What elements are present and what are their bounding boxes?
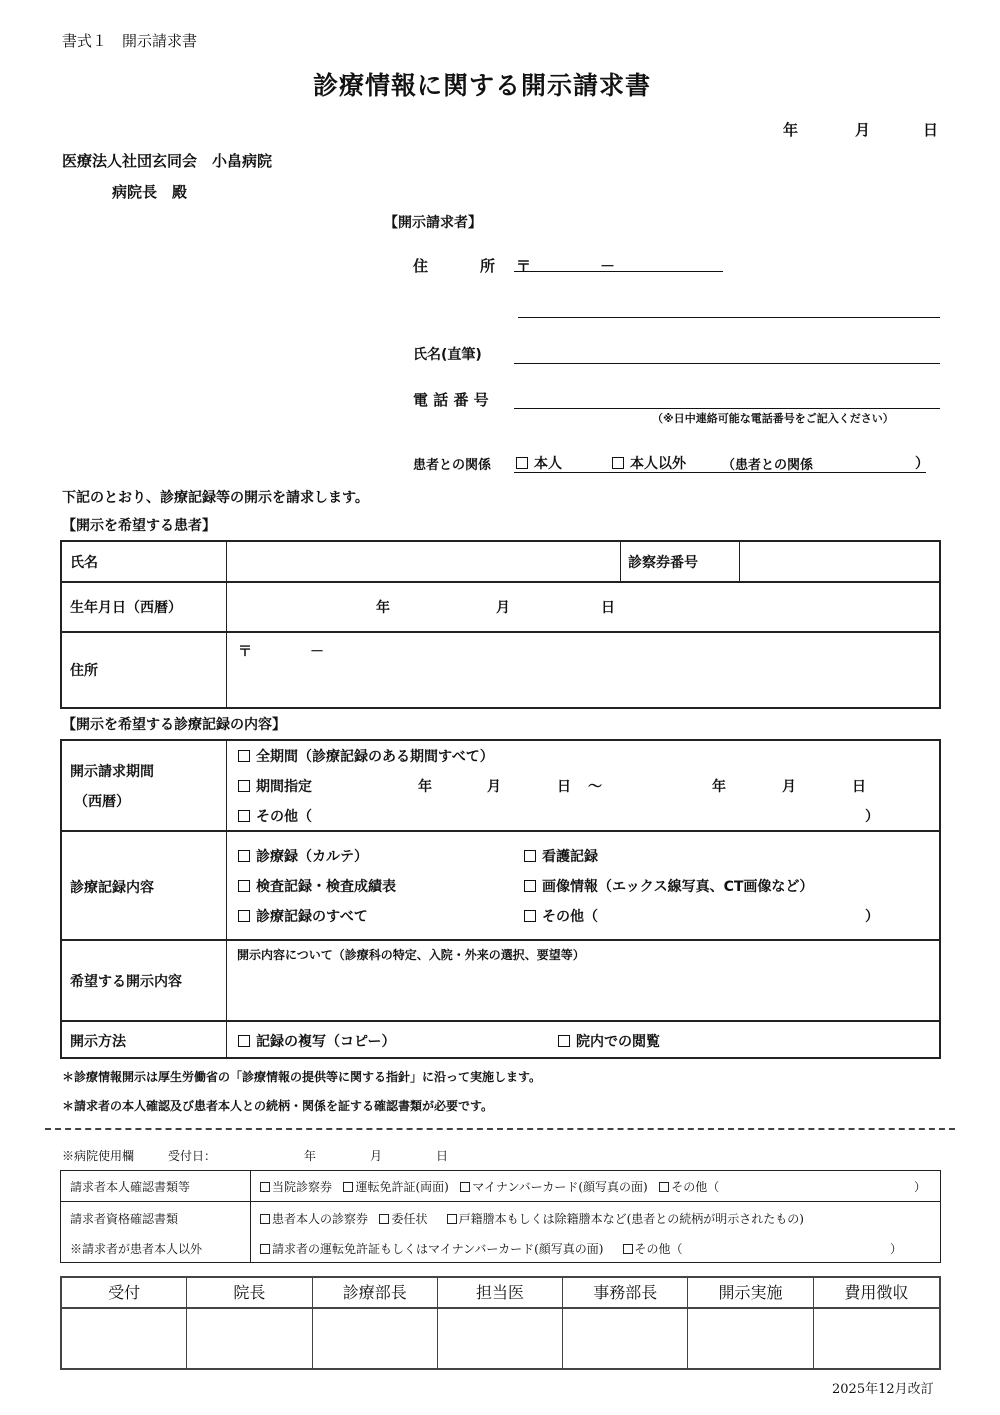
page-title: 診療情報に関する開示請求書: [313, 66, 651, 102]
relation-other-detail: （患者との関係: [722, 454, 813, 473]
revision-note: 2025年12月改訂: [832, 1378, 934, 1397]
name-label: 氏名(直筆): [413, 344, 482, 364]
qual-doc-family-register[interactable]: 戸籍謄本もしくは除籍謄本など(患者との続柄が明示されたもの): [447, 1212, 804, 1226]
stamp-cell-director[interactable]: [187, 1309, 312, 1368]
checkbox-icon[interactable]: [238, 810, 250, 822]
period-from-year: 年: [418, 776, 432, 796]
period-label-western: （西暦）: [74, 791, 130, 811]
stamp-cell-fee[interactable]: [814, 1309, 939, 1368]
stamp-cell-disclosure[interactable]: [688, 1309, 813, 1368]
period-to-day: 日: [852, 776, 866, 796]
patient-name-field[interactable]: [230, 544, 616, 578]
checkbox-icon[interactable]: [238, 880, 250, 892]
approval-header-doctor: 担当医: [438, 1278, 563, 1309]
date-month-label: 月: [855, 119, 870, 140]
checkbox-icon[interactable]: [524, 850, 536, 862]
id-docs-close: ）: [914, 1178, 926, 1195]
requester-phone-field[interactable]: [514, 408, 940, 409]
patient-address-label: 住所: [70, 660, 98, 680]
checkbox-icon[interactable]: [558, 1035, 570, 1047]
received-date-label: 受付日：: [168, 1147, 216, 1164]
stamp-cell-doctor[interactable]: [438, 1309, 563, 1368]
patient-name-label: 氏名: [70, 552, 98, 572]
relation-close-paren: ）: [915, 453, 929, 473]
request-statement: 下記のとおり、診療記録等の開示を請求します。: [62, 487, 369, 507]
birth-day-label: 日: [601, 597, 615, 617]
patient-section-label: 【開示を希望する患者】: [62, 515, 216, 535]
qual-doc-other[interactable]: その他（: [623, 1242, 683, 1256]
checkbox-icon[interactable]: [460, 1182, 470, 1192]
period-other-close: ）: [865, 806, 879, 826]
relation-label: 患者との関係: [413, 454, 491, 473]
checkbox-icon[interactable]: [238, 910, 250, 922]
received-day: 日: [436, 1147, 448, 1164]
id-doc-my-number-card[interactable]: マイナンバーカード(顔写真の面): [460, 1180, 647, 1194]
checkbox-icon[interactable]: [524, 880, 536, 892]
period-specified-option[interactable]: 期間指定: [238, 776, 312, 796]
period-label: 開示請求期間: [70, 761, 154, 781]
checkbox-icon[interactable]: [238, 850, 250, 862]
qual-docs-row2: 請求者の運転免許証もしくはマイナンバーカード(顔写真の面) その他（: [260, 1240, 683, 1257]
address-label-2: 所: [480, 255, 495, 276]
checkbox-icon[interactable]: [659, 1182, 669, 1192]
id-docs-label: 請求者本人確認書類等: [70, 1178, 190, 1195]
stamp-cell-medical-head[interactable]: [313, 1309, 438, 1368]
period-from-month: 月: [487, 776, 501, 796]
card-number-field[interactable]: [743, 544, 937, 578]
card-number-label: 診察券番号: [628, 552, 698, 572]
qual-docs-sublabel: ※請求者が患者本人以外: [70, 1240, 202, 1257]
content-option-nursing[interactable]: 看護記録: [524, 846, 598, 866]
qual-doc-requester-id[interactable]: 請求者の運転免許証もしくはマイナンバーカード(顔写真の面): [260, 1242, 603, 1256]
content-option-imaging[interactable]: 画像情報（エックス線写真、CT画像など）: [524, 876, 813, 896]
relation-field[interactable]: [514, 472, 926, 473]
id-doc-hospital-card[interactable]: 当院診察券: [260, 1180, 332, 1194]
qual-docs-close: ）: [890, 1240, 902, 1257]
content-other-close: ）: [865, 906, 879, 926]
qual-doc-power-of-attorney[interactable]: 委任状: [379, 1212, 427, 1226]
relation-other-option[interactable]: 本人以外: [612, 453, 686, 473]
qual-doc-patient-card[interactable]: 患者本人の診察券: [260, 1212, 368, 1226]
cut-line: [45, 1128, 955, 1130]
id-doc-other[interactable]: その他（: [659, 1180, 719, 1194]
checkbox-icon[interactable]: [238, 780, 250, 792]
checkbox-icon[interactable]: [260, 1214, 270, 1224]
checkbox-icon[interactable]: [343, 1182, 353, 1192]
checkbox-icon[interactable]: [612, 457, 624, 469]
records-section-label: 【開示を希望する診療記録の内容】: [62, 714, 286, 734]
id-docs-options: 当院診察券 運転免許証(両面) マイナンバーカード(顔写真の面) その他（: [260, 1178, 719, 1195]
form-number: 書式１ 開示請求書: [62, 30, 197, 51]
checkbox-icon[interactable]: [238, 1035, 250, 1047]
stamp-cell-reception[interactable]: [62, 1309, 187, 1368]
received-year: 年: [304, 1147, 316, 1164]
received-month: 月: [370, 1147, 382, 1164]
address-label-1: 住: [413, 255, 428, 276]
method-label: 開示方法: [70, 1031, 126, 1051]
postal-mark: 〒: [516, 255, 531, 276]
phone-note: （※日中連絡可能な電話番号をご記入ください）: [652, 410, 894, 426]
relation-self-option[interactable]: 本人: [516, 453, 562, 473]
checkbox-icon[interactable]: [260, 1244, 270, 1254]
requester-postal-field[interactable]: [514, 271, 723, 272]
stamp-cell-admin-head[interactable]: [563, 1309, 688, 1368]
checkbox-icon[interactable]: [623, 1244, 633, 1254]
qual-docs-label: 請求者資格確認書類: [70, 1210, 178, 1227]
approval-header-medical-head: 診療部長: [313, 1278, 438, 1309]
checkbox-icon[interactable]: [238, 750, 250, 762]
checkbox-icon[interactable]: [516, 457, 528, 469]
addressee-title: 病院長 殿: [112, 181, 187, 202]
desired-content-field[interactable]: [230, 966, 936, 1016]
phone-label: 電 話 番 号: [413, 389, 489, 410]
approval-header-disclosure: 開示実施: [688, 1278, 813, 1309]
approval-stamp-table: 受付 院長 診療部長 担当医 事務部長 開示実施 費用徴収: [60, 1276, 941, 1370]
hospital-use-label: ※病院使用欄: [62, 1147, 134, 1164]
postal-dash: －: [600, 255, 615, 276]
content-option-tests[interactable]: 検査記録・検査成績表: [238, 876, 396, 896]
period-other-option[interactable]: その他（: [238, 806, 312, 826]
checkbox-icon[interactable]: [379, 1214, 389, 1224]
content-option-other[interactable]: その他（: [524, 906, 598, 926]
checkbox-icon[interactable]: [447, 1214, 457, 1224]
period-from-day: 日: [557, 776, 571, 796]
approval-header-reception: 受付: [62, 1278, 187, 1309]
date-day-label: 日: [923, 119, 938, 140]
content-option-all[interactable]: 診療記録のすべて: [238, 906, 368, 926]
period-to-month: 月: [782, 776, 796, 796]
period-tilde: ～: [588, 776, 602, 796]
desired-content-label: 希望する開示内容: [70, 971, 182, 991]
note-id-required: ＊請求者の本人確認及び患者本人との続柄・関係を証する確認書類が必要です。: [62, 1097, 493, 1114]
birth-year-label: 年: [376, 597, 390, 617]
checkbox-icon[interactable]: [524, 910, 536, 922]
approval-header-admin-head: 事務部長: [563, 1278, 688, 1309]
content-option-chart[interactable]: 診療録（カルテ）: [238, 846, 368, 866]
requester-section-label: 【開示請求者】: [384, 212, 482, 232]
date-year-label: 年: [783, 119, 798, 140]
note-guideline: ＊診療情報開示は厚生労働省の「診療情報の提供等に関する指針」に沿って実施します。: [62, 1068, 541, 1085]
birth-date-label: 生年月日（西暦）: [70, 597, 182, 617]
checkbox-icon[interactable]: [260, 1182, 270, 1192]
content-label: 診療記録内容: [70, 877, 154, 897]
id-doc-drivers-license[interactable]: 運転免許証(両面): [343, 1180, 448, 1194]
patient-address-field[interactable]: [230, 636, 936, 704]
birth-month-label: 月: [496, 597, 510, 617]
method-view-option[interactable]: 院内での閲覧: [558, 1031, 660, 1051]
desired-content-note: 開示内容について（診療科の特定、入院・外来の選択、要望等）: [237, 946, 585, 963]
period-all-option[interactable]: 全期間（診療記録のある期間すべて）: [238, 746, 494, 766]
requester-address-field[interactable]: [518, 317, 940, 318]
approval-header-fee: 費用徴収: [814, 1278, 939, 1309]
qual-docs-row1: 患者本人の診察券 委任状 戸籍謄本もしくは除籍謄本など(患者との続柄が明示された…: [260, 1210, 804, 1227]
period-to-year: 年: [712, 776, 726, 796]
addressee-org: 医療法人社団玄同会 小畠病院: [62, 150, 272, 171]
approval-header-director: 院長: [187, 1278, 312, 1309]
method-copy-option[interactable]: 記録の複写（コピー）: [238, 1031, 395, 1051]
requester-name-field[interactable]: [514, 363, 940, 364]
